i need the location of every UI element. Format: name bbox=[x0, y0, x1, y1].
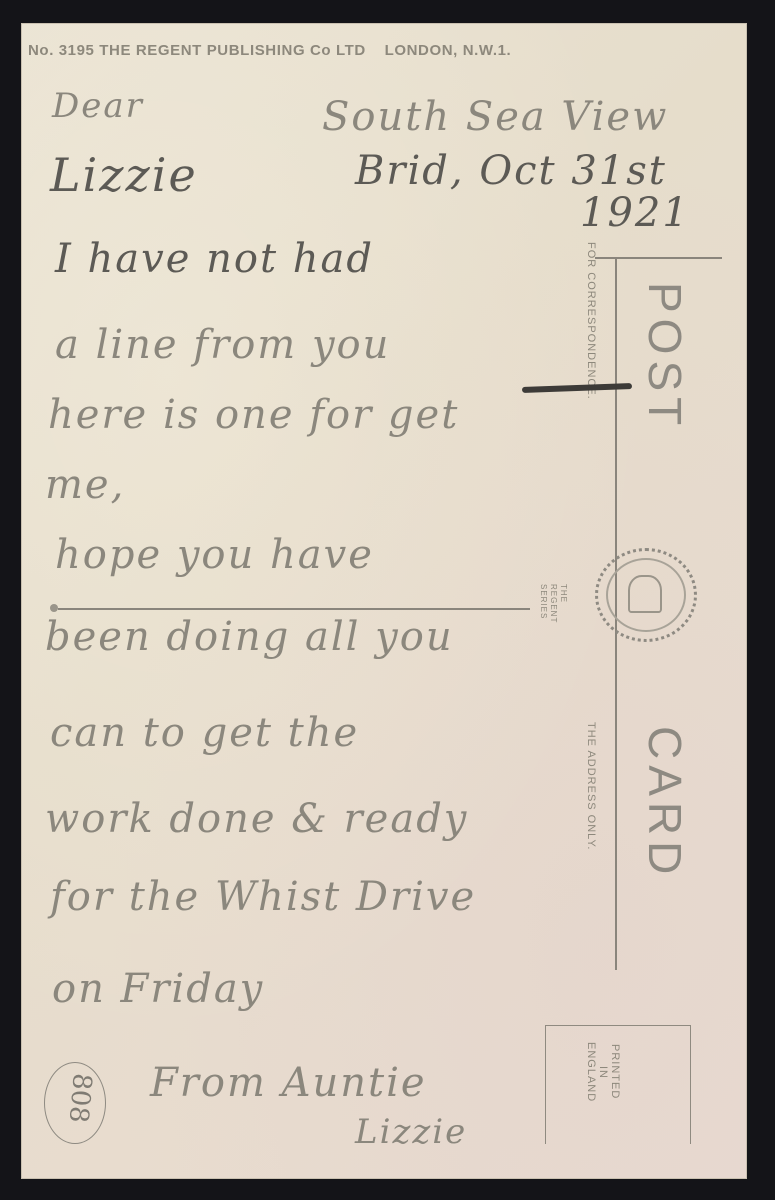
publisher-location: LONDON, N.W.1. bbox=[385, 42, 512, 59]
letter-line-1: I have not had bbox=[55, 236, 374, 282]
address-top-line bbox=[595, 257, 722, 259]
letter-line-8: work done & ready bbox=[45, 796, 468, 842]
series-label: THE REGENT SERIES bbox=[538, 584, 568, 623]
letter-line-6: been doing all you bbox=[45, 614, 454, 660]
letter-line-5: hope you have bbox=[55, 532, 374, 578]
signoff: From Auntie bbox=[150, 1060, 427, 1106]
letter-line-3: here is one for get bbox=[48, 392, 459, 438]
message-divider-line bbox=[58, 608, 530, 610]
circled-number: 808 bbox=[63, 1072, 97, 1124]
medallion-figure-icon bbox=[628, 575, 662, 613]
publisher-line: No. 3195 THE REGENT PUBLISHING Co LTD bbox=[28, 42, 366, 59]
year: 1921 bbox=[580, 190, 690, 236]
address-label: THE ADDRESS ONLY. bbox=[585, 722, 597, 850]
post-title: POST bbox=[638, 282, 692, 431]
place-date: Brid, Oct 31st bbox=[355, 148, 667, 194]
signature: Lizzie bbox=[355, 1112, 467, 1152]
letter-line-2: a line from you bbox=[55, 322, 390, 368]
divider-ornament bbox=[50, 604, 58, 612]
correspondence-label: FOR CORRESPONDENCE. bbox=[585, 242, 597, 400]
letter-line-7: can to get the bbox=[50, 710, 359, 756]
letter-line-10: on Friday bbox=[52, 966, 264, 1012]
salutation-name: Lizzie bbox=[50, 148, 198, 202]
salutation-dear: Dear bbox=[52, 86, 144, 126]
address-line: South Sea View bbox=[322, 94, 668, 140]
regent-medallion-logo bbox=[595, 548, 697, 642]
stamp-box-text: PRINTED IN ENGLAND bbox=[585, 1042, 621, 1102]
publisher-header: No. 3195 THE REGENT PUBLISHING Co LTD LO… bbox=[28, 42, 511, 59]
card-title: CARD bbox=[638, 726, 692, 880]
letter-line-9: for the Whist Drive bbox=[50, 874, 476, 920]
circled-number-annotation: 808 bbox=[44, 1062, 106, 1144]
letter-line-4: me, bbox=[45, 462, 125, 508]
